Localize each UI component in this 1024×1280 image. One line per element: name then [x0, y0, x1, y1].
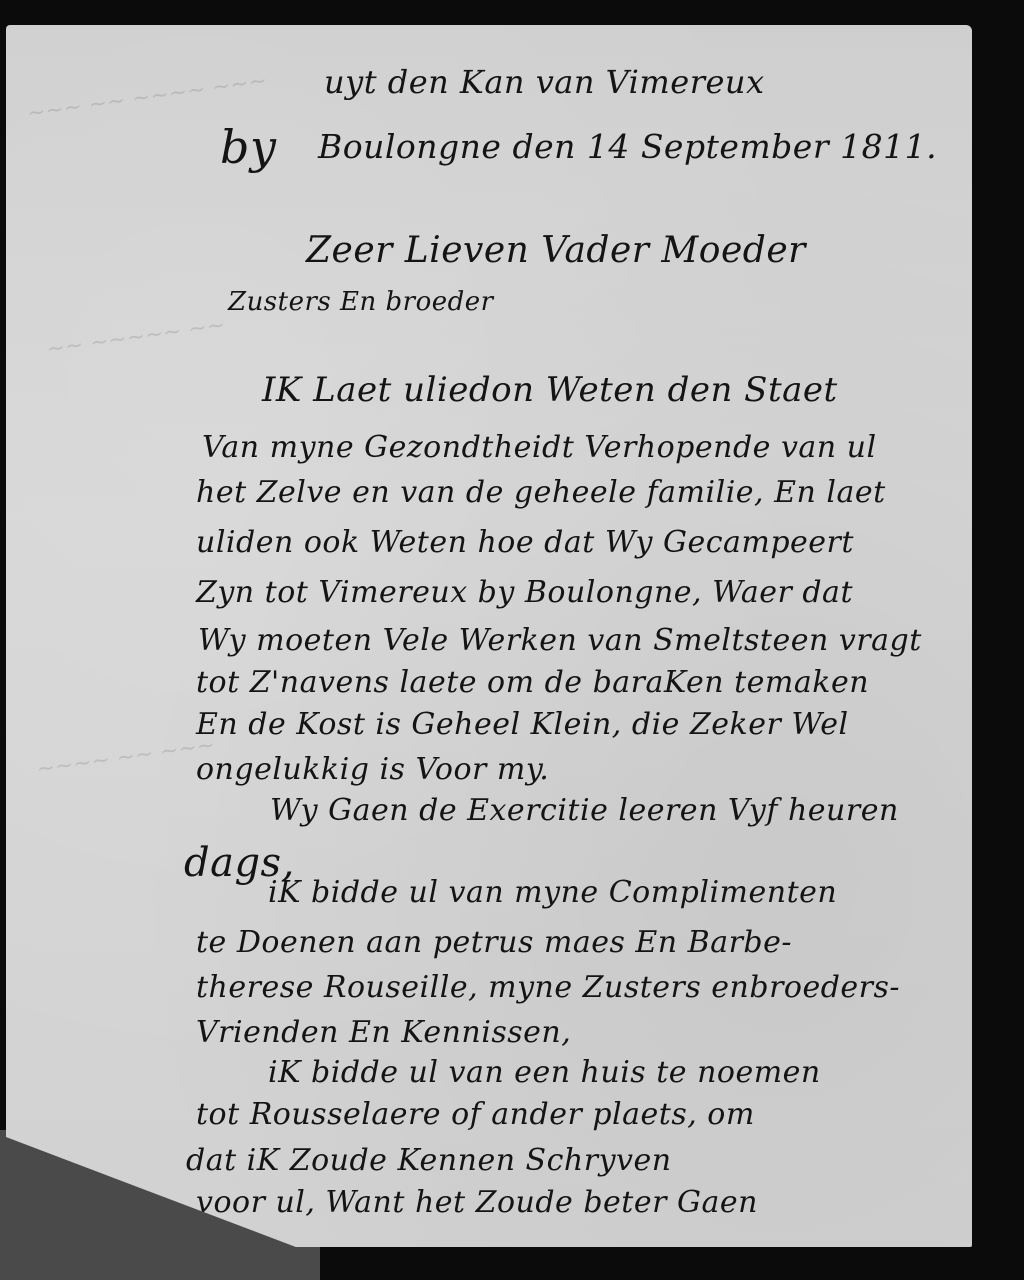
heading-prefix: by: [220, 120, 276, 174]
bleed-through-texture: ~~ ~~~~~ ~~: [45, 313, 227, 363]
body-line: dat iK Zoude Kennen Schryven: [186, 1143, 672, 1178]
body-line: tot Rousselaere of ander plaets, om: [196, 1097, 755, 1132]
heading-line-1: uyt den Kan van Vimereux: [324, 63, 765, 101]
body-line: iK bidde ul van een huis te noemen: [268, 1055, 821, 1090]
body-line: Wy moeten Vele Werken van Smeltsteen vra…: [198, 623, 922, 658]
body-line: Wy Gaen de Exercitie leeren Vyf heuren: [270, 793, 899, 828]
body-line: het Zelve en van de geheele familie, En …: [196, 475, 886, 510]
body-line: te Doenen aan petrus maes En Barbe-: [196, 925, 792, 960]
body-line: uliden ook Weten hoe dat Wy Gecampeert: [196, 525, 854, 560]
body-line: therese Rouseille, myne Zusters enbroede…: [196, 970, 900, 1005]
body-line: tot Z'navens laete om de baraKen temaken: [196, 665, 869, 700]
bleed-through-texture: ~~~ ~~ ~~~~ ~~~: [25, 68, 268, 126]
body-line: ongelukkig is Voor my.: [196, 752, 549, 787]
body-line: Zyn tot Vimereux by Boulongne, Waer dat: [196, 575, 853, 610]
body-line: Van myne Gezondtheidt Verhopende van ul: [202, 430, 877, 465]
body-line: Vrienden En Kennissen,: [196, 1015, 571, 1050]
bleed-through-texture: ~~~~ ~~ ~~~: [35, 733, 217, 783]
salutation-line-2: Zusters En broeder: [228, 287, 494, 317]
letter-page: ~~~ ~~ ~~~~ ~~~ ~~ ~~~~~ ~~ ~~~~ ~~ ~~~ …: [6, 25, 972, 1247]
heading-line-2-date: Boulongne den 14 September 1811.: [318, 127, 937, 166]
body-line: En de Kost is Geheel Klein, die Zeker We…: [196, 707, 849, 742]
body-line: IK Laet uliedon Weten den Staet: [262, 370, 838, 410]
body-line: iK bidde ul van myne Complimenten: [268, 875, 837, 910]
salutation-line-1: Zeer Lieven Vader Moeder: [306, 230, 806, 271]
body-line: voor ul, Want het Zoude beter Gaen: [196, 1185, 758, 1220]
